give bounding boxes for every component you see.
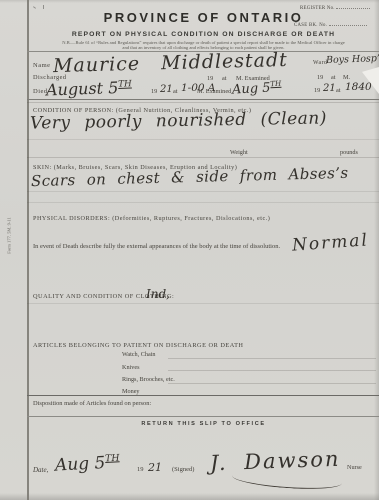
article-item-knives: Knives — [122, 364, 140, 371]
date-suffix: TH — [105, 453, 120, 465]
physical-disorders-label: PHYSICAL DISORDERS: (Deformities, Ruptur… — [33, 215, 270, 222]
died-year-value: 21 — [160, 84, 173, 95]
pencil-mark — [43, 5, 44, 9]
ward-value: Boys Hosp’l — [326, 53, 379, 66]
died-date-text: August 5 — [46, 78, 119, 100]
weight-unit-label: pounds — [340, 149, 358, 156]
disposition-label: Disposition made of Articles found on pe… — [33, 400, 151, 407]
page-subtitle: REPORT ON PHYSICAL CONDITION ON DISCHARG… — [28, 31, 379, 38]
discharged-at2-label: at — [331, 74, 335, 81]
died-date-value: August 5TH — [46, 78, 132, 100]
identity-divider-light — [27, 102, 379, 103]
examined-at-label: at — [336, 87, 341, 94]
form-number: Form 177. 5M. 9-11 — [7, 201, 12, 271]
date-text: Aug 5 — [55, 453, 106, 476]
examined-date-text: Aug 5 — [232, 81, 271, 98]
date-label: Date, — [33, 466, 48, 474]
discharged-year-printed: 19 — [207, 75, 213, 82]
scan-edge-bottom — [0, 493, 379, 500]
ruled-line — [27, 202, 379, 203]
pencil-mark — [33, 6, 36, 9]
ruled-line — [27, 191, 379, 192]
nurse-label: Nurse — [347, 464, 362, 471]
disposition-divider — [27, 416, 379, 417]
ruled-line — [27, 139, 379, 140]
register-leader-line — [336, 4, 370, 9]
discharged-m-label: M. — [343, 74, 350, 81]
article-line — [168, 383, 376, 384]
article-line — [168, 358, 376, 359]
date-value: Aug 5TH — [55, 452, 121, 475]
signed-label: (Signed) — [172, 466, 194, 473]
nb-rule-line2: and that an inventory of all clothing an… — [28, 45, 379, 50]
examined-date-value: Aug 5TH — [232, 79, 282, 98]
ruled-line — [27, 303, 379, 304]
articles-divider — [27, 395, 379, 397]
discharged-year2-printed: 19 — [317, 74, 323, 81]
discharged-at-label: at — [222, 75, 226, 82]
article-item-watch-chain: Watch, Chain — [122, 351, 156, 358]
clothing-value: Ind, — [146, 287, 170, 301]
examined-year-value: 21 — [323, 83, 336, 94]
examined-date-suffix: TH — [270, 79, 281, 89]
died-m-examined-label: M. Examined — [197, 88, 231, 95]
date-year-value: 21 — [148, 461, 162, 474]
scan-edge-top — [0, 0, 379, 3]
death-description-label: In event of Death describe fully the ext… — [33, 243, 280, 250]
died-at-label: at — [173, 88, 178, 95]
condition-value: Very poorly nourished (Clean) — [30, 108, 327, 133]
name-label: Name — [33, 62, 51, 69]
article-line — [168, 370, 376, 371]
name-value: Maurice Middlestadt — [53, 49, 288, 77]
weight-label: Weight — [230, 149, 248, 156]
examined-time-value: 1840 — [345, 81, 372, 93]
return-slip-label: RETURN THIS SLIP TO OFFICE — [28, 421, 379, 427]
scanned-form-page: REGISTER No. CASE BK. No. PROVINCE OF ON… — [0, 0, 379, 500]
died-year-printed: 19 — [151, 88, 157, 95]
death-description-value: Normal — [291, 230, 369, 255]
date-year-printed: 19 — [137, 466, 144, 473]
identity-divider-dark — [27, 99, 379, 100]
examined-year-printed: 19 — [314, 87, 320, 94]
weight-line — [27, 157, 379, 158]
articles-label: ARTICLES BELONGING TO PATIENT ON DISCHAR… — [33, 342, 243, 349]
article-item-rings-brooches: Rings, Brooches, etc. — [122, 376, 175, 383]
page-title: PROVINCE OF ONTARIO — [28, 10, 379, 25]
died-date-suffix: TH — [118, 79, 132, 89]
